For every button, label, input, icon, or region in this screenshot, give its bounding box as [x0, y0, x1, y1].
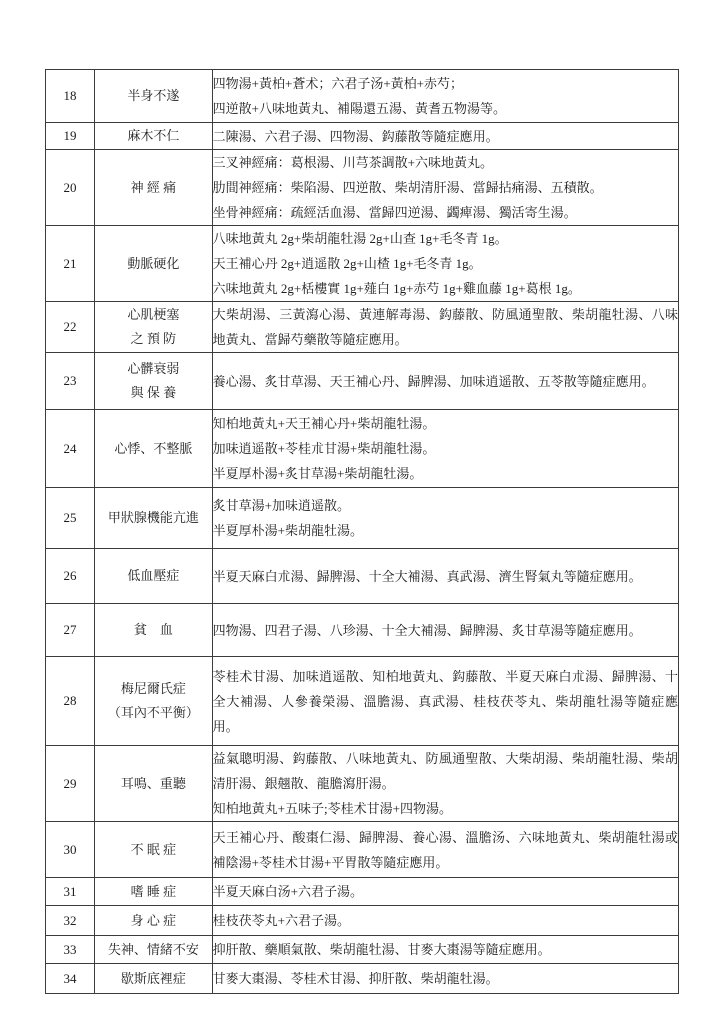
condition-cell: 半身不遂 [95, 70, 213, 123]
condition-line: 失神、情緒不安 [95, 938, 212, 962]
treatment-line: 益氣聰明湯、鈎藤散、八味地黃丸、防風通聖散、大柴胡湯、柴胡龍牡湯、柴胡清肝湯、銀… [213, 746, 678, 796]
treatments-cell: 四物湯+黃柏+蒼术；六君子汤+黃柏+赤芍；四逆散+八味地黃丸、補陽還五湯、黃耆五… [212, 70, 678, 123]
treatments-cell: 半夏天麻白朮湯、歸脾湯、十全大補湯、真武湯、濟生腎氣丸等隨症應用。 [212, 549, 678, 604]
treatments-cell: 益氣聰明湯、鈎藤散、八味地黃丸、防風通聖散、大柴胡湯、柴胡龍牡湯、柴胡清肝湯、銀… [212, 746, 678, 822]
document-page: 18半身不遂四物湯+黃柏+蒼术；六君子汤+黃柏+赤芍；四逆散+八味地黃丸、補陽還… [0, 0, 724, 1024]
condition-line: 嗜 睡 症 [95, 880, 212, 904]
table-row: 25甲狀腺機能亢進炙甘草湯+加味逍遥散。半夏厚朴湯+柴胡龍牡湯。 [46, 488, 679, 549]
treatment-line: 半夏天麻白朮湯、歸脾湯、十全大補湯、真武湯、濟生腎氣丸等隨症應用。 [213, 564, 678, 589]
row-number-cell: 18 [46, 70, 95, 123]
treatments-cell: 八味地黃丸 2g+柴胡龍牡湯 2g+山查 1g+毛冬青 1g。天王補心丹 2g+… [212, 226, 678, 302]
treatments-cell: 苓桂术甘湯、加味逍遥散、知柏地黃丸、鈎藤散、半夏天麻白朮湯、歸脾湯、十全大補湯、… [212, 657, 678, 746]
row-number-cell: 26 [46, 549, 95, 604]
row-number-cell: 23 [46, 353, 95, 410]
condition-cell: 心肌梗塞之 預 防 [95, 302, 213, 353]
condition-line: 不 眠 症 [95, 838, 212, 862]
treatment-line: 六味地黃丸 2g+栝樓實 1g+薤白 1g+赤芍 1g+雞血藤 1g+葛根 1g… [213, 276, 678, 301]
treatments-cell: 炙甘草湯+加味逍遥散。半夏厚朴湯+柴胡龍牡湯。 [212, 488, 678, 549]
table-row: 33失神、情緒不安抑肝散、藥順氣散、柴胡龍牡湯、甘麥大棗湯等隨症應用。 [46, 936, 679, 964]
condition-cell: 心髒衰弱與 保 養 [95, 353, 213, 410]
row-number-cell: 30 [46, 822, 95, 878]
condition-line: 之 預 防 [95, 327, 212, 351]
condition-line: 身 心 症 [95, 909, 212, 933]
table-row: 29耳鳴、重聽益氣聰明湯、鈎藤散、八味地黃丸、防風通聖散、大柴胡湯、柴胡龍牡湯、… [46, 746, 679, 822]
treatments-cell: 三叉神經痛：葛根湯、川芎茶調散+六味地黃丸。肋間神經痛：柴陷湯、四逆散、柴胡清肝… [212, 150, 678, 226]
remedy-table-body: 18半身不遂四物湯+黃柏+蒼术；六君子汤+黃柏+赤芍；四逆散+八味地黃丸、補陽還… [46, 70, 679, 994]
table-row: 28梅尼爾氏症（耳內不平衡）苓桂术甘湯、加味逍遥散、知柏地黃丸、鈎藤散、半夏天麻… [46, 657, 679, 746]
treatment-line: 苓桂术甘湯、加味逍遥散、知柏地黃丸、鈎藤散、半夏天麻白朮湯、歸脾湯、十全大補湯、… [213, 664, 678, 739]
row-number-cell: 20 [46, 150, 95, 226]
condition-line: 歇斯底裡症 [95, 967, 212, 991]
table-row: 18半身不遂四物湯+黃柏+蒼术；六君子汤+黃柏+赤芍；四逆散+八味地黃丸、補陽還… [46, 70, 679, 123]
condition-cell: 失神、情緒不安 [95, 936, 213, 964]
treatment-line: 甘麥大棗湯、苓桂术甘湯、抑肝散、柴胡龍牡湯。 [213, 966, 678, 991]
treatment-line: 知柏地黃丸+五味子;苓桂术甘湯+四物湯。 [213, 796, 678, 821]
treatment-line: 加味逍遥散+苓桂朮甘湯+柴胡龍牡湯。 [213, 436, 678, 461]
treatment-line: 四逆散+八味地黃丸、補陽還五湯、黃耆五物湯等。 [213, 96, 678, 121]
treatment-line: 桂枝茯苓丸+六君子湯。 [213, 908, 678, 933]
condition-line: 低血壓症 [95, 564, 212, 588]
treatments-cell: 甘麥大棗湯、苓桂术甘湯、抑肝散、柴胡龍牡湯。 [212, 964, 678, 994]
table-row: 19麻木不仁二陳湯、六君子湯、四物湯、鈎藤散等隨症應用。 [46, 123, 679, 150]
treatment-line: 天王補心丹 2g+逍遥散 2g+山楂 1g+毛冬青 1g。 [213, 251, 678, 276]
remedy-table: 18半身不遂四物湯+黃柏+蒼术；六君子汤+黃柏+赤芍；四逆散+八味地黃丸、補陽還… [45, 69, 679, 994]
treatment-line: 養心湯、炙甘草湯、天王補心丹、歸脾湯、加味逍遥散、五苓散等隨症應用。 [213, 369, 678, 394]
treatment-line: 八味地黃丸 2g+柴胡龍牡湯 2g+山查 1g+毛冬青 1g。 [213, 226, 678, 251]
row-number-cell: 25 [46, 488, 95, 549]
treatment-line: 肋間神經痛：柴陷湯、四逆散、柴胡清肝湯、當歸拈痛湯、五積散。 [213, 175, 678, 200]
treatments-cell: 抑肝散、藥順氣散、柴胡龍牡湯、甘麥大棗湯等隨症應用。 [212, 936, 678, 964]
condition-cell: 不 眠 症 [95, 822, 213, 878]
row-number-cell: 29 [46, 746, 95, 822]
treatment-line: 四物湯+黃柏+蒼术；六君子汤+黃柏+赤芍； [213, 71, 678, 96]
treatments-cell: 半夏天麻白汤+六君子湯。 [212, 878, 678, 906]
condition-cell: 耳鳴、重聽 [95, 746, 213, 822]
treatment-line: 知柏地黃丸+天王補心丹+柴胡龍牡湯。 [213, 411, 678, 436]
table-row: 23心髒衰弱與 保 養養心湯、炙甘草湯、天王補心丹、歸脾湯、加味逍遥散、五苓散等… [46, 353, 679, 410]
row-number-cell: 21 [46, 226, 95, 302]
row-number-cell: 27 [46, 604, 95, 657]
table-row: 21動脈硬化八味地黃丸 2g+柴胡龍牡湯 2g+山查 1g+毛冬青 1g。天王補… [46, 226, 679, 302]
treatment-line: 抑肝散、藥順氣散、柴胡龍牡湯、甘麥大棗湯等隨症應用。 [213, 937, 678, 962]
table-row: 31嗜 睡 症半夏天麻白汤+六君子湯。 [46, 878, 679, 906]
treatments-cell: 二陳湯、六君子湯、四物湯、鈎藤散等隨症應用。 [212, 123, 678, 150]
table-row: 34歇斯底裡症甘麥大棗湯、苓桂术甘湯、抑肝散、柴胡龍牡湯。 [46, 964, 679, 994]
condition-line: 心肌梗塞 [95, 303, 212, 327]
condition-cell: 歇斯底裡症 [95, 964, 213, 994]
table-row: 20神 經 痛三叉神經痛：葛根湯、川芎茶調散+六味地黃丸。肋間神經痛：柴陷湯、四… [46, 150, 679, 226]
table-row: 22心肌梗塞之 預 防大柴胡湯、三黃瀉心湯、黃連解毒湯、鈎藤散、防風通聖散、柴胡… [46, 302, 679, 353]
treatments-cell: 知柏地黃丸+天王補心丹+柴胡龍牡湯。加味逍遥散+苓桂朮甘湯+柴胡龍牡湯。半夏厚朴… [212, 410, 678, 488]
condition-line: 神 經 痛 [95, 176, 212, 200]
condition-line: 貧 血 [95, 618, 212, 642]
row-number-cell: 24 [46, 410, 95, 488]
treatments-cell: 天王補心丹、酸棗仁湯、歸脾湯、養心湯、溫膽汤、六味地黃丸、柴胡龍牡湯或補陰湯+苓… [212, 822, 678, 878]
treatment-line: 炙甘草湯+加味逍遥散。 [213, 493, 678, 518]
table-row: 32身 心 症桂枝茯苓丸+六君子湯。 [46, 906, 679, 936]
row-number-cell: 32 [46, 906, 95, 936]
table-row: 26低血壓症半夏天麻白朮湯、歸脾湯、十全大補湯、真武湯、濟生腎氣丸等隨症應用。 [46, 549, 679, 604]
condition-cell: 嗜 睡 症 [95, 878, 213, 906]
condition-line: 心髒衰弱 [95, 357, 212, 381]
condition-cell: 甲狀腺機能亢進 [95, 488, 213, 549]
row-number-cell: 31 [46, 878, 95, 906]
condition-line: 半身不遂 [95, 84, 212, 108]
condition-cell: 梅尼爾氏症（耳內不平衡） [95, 657, 213, 746]
treatment-line: 半夏厚朴湯+炙甘草湯+柴胡龍牡湯。 [213, 461, 678, 486]
treatment-line: 天王補心丹、酸棗仁湯、歸脾湯、養心湯、溫膽汤、六味地黃丸、柴胡龍牡湯或補陰湯+苓… [213, 825, 678, 875]
condition-cell: 低血壓症 [95, 549, 213, 604]
treatment-line: 四物湯、四君子湯、八珍湯、十全大補湯、歸脾湯、炙甘草湯等隨症應用。 [213, 618, 678, 643]
condition-line: 梅尼爾氏症 [95, 677, 212, 701]
condition-cell: 貧 血 [95, 604, 213, 657]
row-number-cell: 34 [46, 964, 95, 994]
condition-line: 心悸、不整脈 [95, 437, 212, 461]
condition-line: 耳鳴、重聽 [95, 772, 212, 796]
row-number-cell: 22 [46, 302, 95, 353]
row-number-cell: 19 [46, 123, 95, 150]
condition-cell: 神 經 痛 [95, 150, 213, 226]
treatment-line: 大柴胡湯、三黃瀉心湯、黃連解毒湯、鈎藤散、防風通聖散、柴胡龍牡湯、八味地黃丸、當… [213, 302, 678, 352]
condition-cell: 動脈硬化 [95, 226, 213, 302]
table-row: 27貧 血四物湯、四君子湯、八珍湯、十全大補湯、歸脾湯、炙甘草湯等隨症應用。 [46, 604, 679, 657]
condition-line: 與 保 養 [95, 381, 212, 405]
treatment-line: 二陳湯、六君子湯、四物湯、鈎藤散等隨症應用。 [213, 124, 678, 149]
treatments-cell: 大柴胡湯、三黃瀉心湯、黃連解毒湯、鈎藤散、防風通聖散、柴胡龍牡湯、八味地黃丸、當… [212, 302, 678, 353]
row-number-cell: 28 [46, 657, 95, 746]
treatment-line: 三叉神經痛：葛根湯、川芎茶調散+六味地黃丸。 [213, 150, 678, 175]
condition-cell: 身 心 症 [95, 906, 213, 936]
treatments-cell: 四物湯、四君子湯、八珍湯、十全大補湯、歸脾湯、炙甘草湯等隨症應用。 [212, 604, 678, 657]
condition-line: 麻木不仁 [95, 124, 212, 148]
treatment-line: 半夏天麻白汤+六君子湯。 [213, 879, 678, 904]
condition-line: 甲狀腺機能亢進 [95, 506, 212, 530]
condition-cell: 心悸、不整脈 [95, 410, 213, 488]
row-number-cell: 33 [46, 936, 95, 964]
condition-cell: 麻木不仁 [95, 123, 213, 150]
treatment-line: 坐骨神經痛：疏經活血湯、當歸四逆湯、蠲痺湯、獨活寄生湯。 [213, 200, 678, 225]
treatment-line: 半夏厚朴湯+柴胡龍牡湯。 [213, 518, 678, 543]
condition-line: （耳內不平衡） [95, 701, 212, 725]
treatments-cell: 養心湯、炙甘草湯、天王補心丹、歸脾湯、加味逍遥散、五苓散等隨症應用。 [212, 353, 678, 410]
treatments-cell: 桂枝茯苓丸+六君子湯。 [212, 906, 678, 936]
table-row: 30不 眠 症天王補心丹、酸棗仁湯、歸脾湯、養心湯、溫膽汤、六味地黃丸、柴胡龍牡… [46, 822, 679, 878]
condition-line: 動脈硬化 [95, 252, 212, 276]
table-row: 24心悸、不整脈知柏地黃丸+天王補心丹+柴胡龍牡湯。加味逍遥散+苓桂朮甘湯+柴胡… [46, 410, 679, 488]
